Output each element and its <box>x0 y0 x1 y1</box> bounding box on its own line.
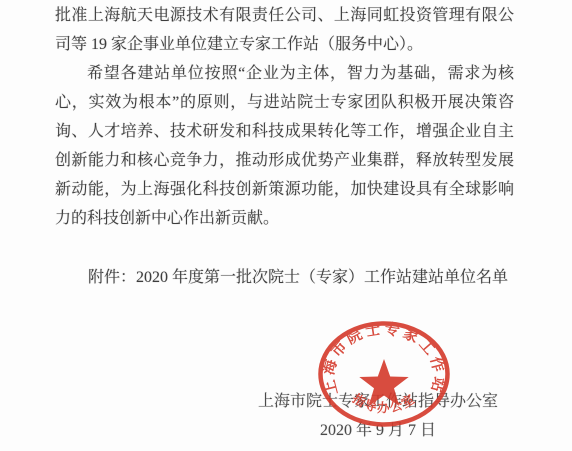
body-line: 新动能，为上海强化科技创新策源功能，加快建设具有全球影响 <box>55 175 514 204</box>
issue-date: 2020 年 9 月 7 日 <box>256 421 500 441</box>
body-line: 司等 19 家企事业单位建立专家工作站（服务中心）。 <box>55 30 514 59</box>
body-line: 心，实效为根本”的原则，与进站院士专家团队积极开展决策咨 <box>55 88 514 117</box>
attachment-line: 附件：2020 年度第一批次院士（专家）工作站建站单位名单 <box>88 267 538 289</box>
body-line: 希望各建站单位按照“企业为主体，智力为基础，需求为核 <box>55 59 514 88</box>
body-text: 批准上海航天电源技术有限责任公司、上海同虹投资管理有限公 司等 19 家企事业单… <box>55 1 514 233</box>
seal-top-text: 上海市院士专家工作站 <box>319 319 448 397</box>
document-page: 批准上海航天电源技术有限责任公司、上海同虹投资管理有限公 司等 19 家企事业单… <box>0 0 572 451</box>
body-line: 力的科技创新中心作出新贡献。 <box>55 204 514 233</box>
body-line: 批准上海航天电源技术有限责任公司、上海同虹投资管理有限公 <box>55 1 514 30</box>
body-line: 创新能力和核心竞争力，推动形成优势产业集群，释放转型发展 <box>55 146 514 175</box>
body-line: 询、人才培养、技术研发和科技成果转化等工作，增强企业自主 <box>55 117 514 146</box>
issuing-office-signature: 上海市院士专家工作站指导办公室 <box>256 392 500 412</box>
signoff-block: 上海市院士专家工作站指导办公室 2020 年 9 月 7 日 <box>256 392 500 441</box>
